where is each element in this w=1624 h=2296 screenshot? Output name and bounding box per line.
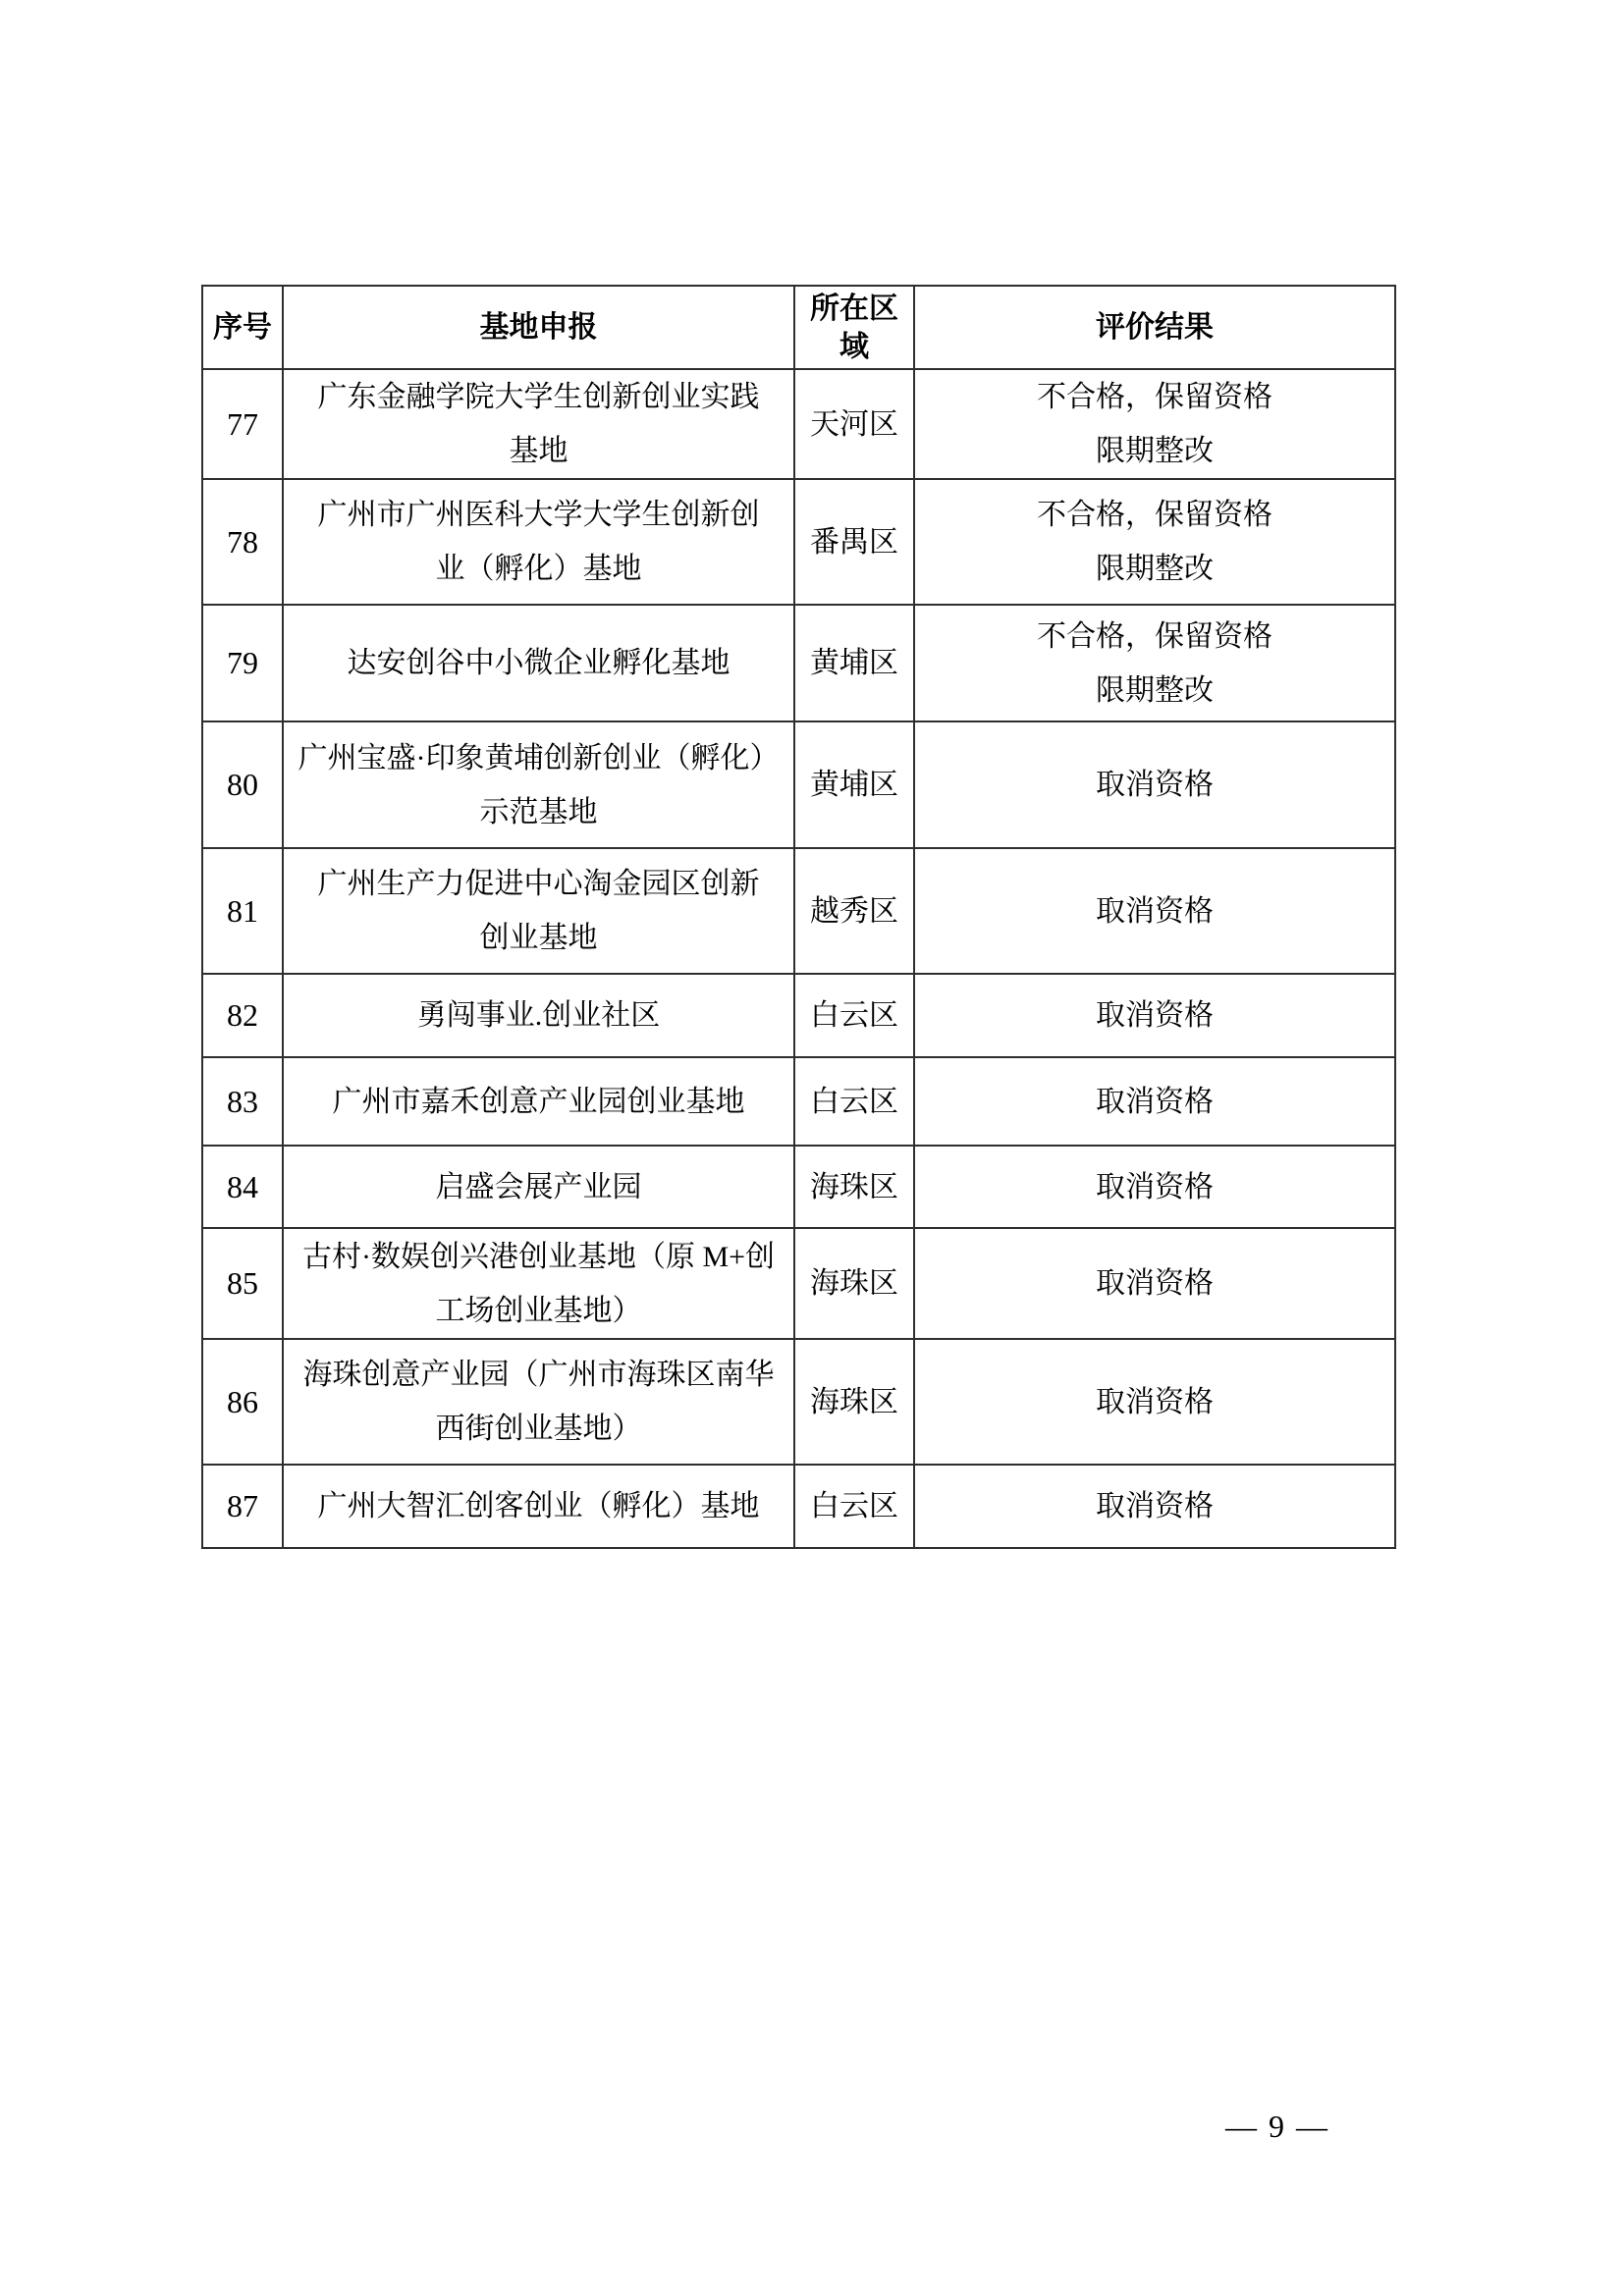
cell-index: 83 (202, 1057, 283, 1146)
cell-index: 77 (202, 369, 283, 479)
header-cell-result: 评价结果 (914, 286, 1395, 369)
cell-district: 白云区 (794, 974, 914, 1057)
cell-base-name: 广州宝盛·印象黄埔创新创业（孵化） 示范基地 (283, 721, 794, 848)
cell-result: 取消资格 (914, 721, 1395, 848)
table-row: 77 广东金融学院大学生创新创业实践 基地 天河区 不合格，保留资格 限期整改 (202, 369, 1395, 479)
cell-result: 取消资格 (914, 1339, 1395, 1465)
cell-result: 不合格，保留资格 限期整改 (914, 479, 1395, 605)
cell-result: 不合格，保留资格 限期整改 (914, 605, 1395, 721)
page-number: — 9 — (1225, 2109, 1329, 2145)
cell-base-name: 广东金融学院大学生创新创业实践 基地 (283, 369, 794, 479)
cell-district: 黄埔区 (794, 605, 914, 721)
table-row: 83 广州市嘉禾创意产业园创业基地 白云区 取消资格 (202, 1057, 1395, 1146)
cell-result: 取消资格 (914, 848, 1395, 974)
table-row: 79 达安创谷中小微企业孵化基地 黄埔区 不合格，保留资格 限期整改 (202, 605, 1395, 721)
cell-index: 80 (202, 721, 283, 848)
cell-index: 78 (202, 479, 283, 605)
cell-base-name: 启盛会展产业园 (283, 1146, 794, 1228)
cell-district: 海珠区 (794, 1228, 914, 1339)
cell-base-name: 广州市广州医科大学大学生创新创 业（孵化）基地 (283, 479, 794, 605)
cell-district: 天河区 (794, 369, 914, 479)
cell-district: 白云区 (794, 1465, 914, 1548)
cell-base-name: 海珠创意产业园（广州市海珠区南华 西街创业基地） (283, 1339, 794, 1465)
cell-result: 取消资格 (914, 1465, 1395, 1548)
cell-result: 取消资格 (914, 1057, 1395, 1146)
header-cell-district: 所在区域 (794, 286, 914, 369)
table-row: 81 广州生产力促进中心淘金园区创新 创业基地 越秀区 取消资格 (202, 848, 1395, 974)
cell-district: 番禺区 (794, 479, 914, 605)
cell-result: 取消资格 (914, 974, 1395, 1057)
table-row: 80 广州宝盛·印象黄埔创新创业（孵化） 示范基地 黄埔区 取消资格 (202, 721, 1395, 848)
cell-district: 越秀区 (794, 848, 914, 974)
header-cell-base: 基地申报 (283, 286, 794, 369)
evaluation-table: 序号 基地申报 所在区域 评价结果 77 广东金融学院大学生创新创业实践 基地 … (201, 285, 1396, 1549)
cell-district: 海珠区 (794, 1146, 914, 1228)
cell-result: 不合格，保留资格 限期整改 (914, 369, 1395, 479)
cell-district: 白云区 (794, 1057, 914, 1146)
cell-base-name: 广州生产力促进中心淘金园区创新 创业基地 (283, 848, 794, 974)
cell-index: 79 (202, 605, 283, 721)
cell-base-name: 广州市嘉禾创意产业园创业基地 (283, 1057, 794, 1146)
cell-index: 84 (202, 1146, 283, 1228)
cell-base-name: 古村·数娱创兴港创业基地（原 M+创 工场创业基地） (283, 1228, 794, 1339)
document-page: 序号 基地申报 所在区域 评价结果 77 广东金融学院大学生创新创业实践 基地 … (0, 0, 1624, 2296)
table-header-row: 序号 基地申报 所在区域 评价结果 (202, 286, 1395, 369)
cell-district: 黄埔区 (794, 721, 914, 848)
cell-result: 取消资格 (914, 1228, 1395, 1339)
cell-index: 86 (202, 1339, 283, 1465)
table-row: 86 海珠创意产业园（广州市海珠区南华 西街创业基地） 海珠区 取消资格 (202, 1339, 1395, 1465)
cell-base-name: 勇闯事业.创业社区 (283, 974, 794, 1057)
table-row: 87 广州大智汇创客创业（孵化）基地 白云区 取消资格 (202, 1465, 1395, 1548)
cell-index: 82 (202, 974, 283, 1057)
cell-index: 85 (202, 1228, 283, 1339)
table-row: 82 勇闯事业.创业社区 白云区 取消资格 (202, 974, 1395, 1057)
table-row: 85 古村·数娱创兴港创业基地（原 M+创 工场创业基地） 海珠区 取消资格 (202, 1228, 1395, 1339)
cell-base-name: 达安创谷中小微企业孵化基地 (283, 605, 794, 721)
cell-index: 87 (202, 1465, 283, 1548)
cell-district: 海珠区 (794, 1339, 914, 1465)
table-row: 78 广州市广州医科大学大学生创新创 业（孵化）基地 番禺区 不合格，保留资格 … (202, 479, 1395, 605)
header-cell-no: 序号 (202, 286, 283, 369)
cell-index: 81 (202, 848, 283, 974)
cell-base-name: 广州大智汇创客创业（孵化）基地 (283, 1465, 794, 1548)
table-row: 84 启盛会展产业园 海珠区 取消资格 (202, 1146, 1395, 1228)
cell-result: 取消资格 (914, 1146, 1395, 1228)
